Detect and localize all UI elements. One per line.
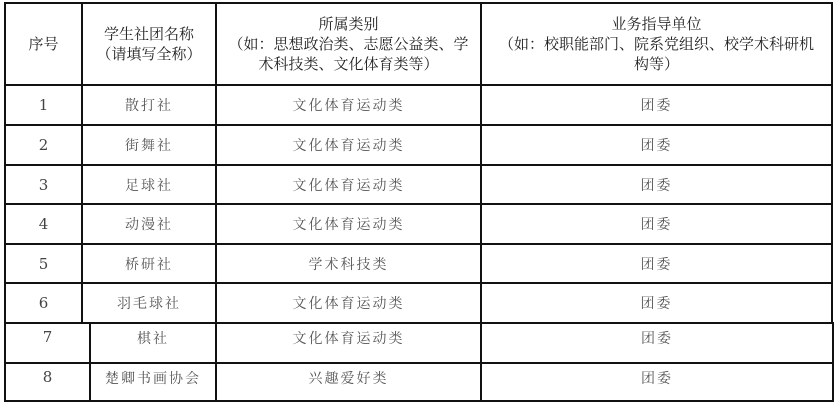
- row-seq: 6: [6, 284, 81, 322]
- row-category: 文化体育运动类: [217, 324, 480, 362]
- header-unit-line1: 业务指导单位: [611, 14, 701, 34]
- row-category: 文化体育运动类: [217, 284, 480, 322]
- row-category: 文化体育运动类: [217, 86, 480, 124]
- row-guidance-unit: 团委: [482, 205, 831, 243]
- row-category: 学术科技类: [217, 245, 480, 282]
- row-seq: 5: [6, 245, 81, 282]
- header-seq: 序号: [6, 4, 81, 84]
- row-seq: 2: [6, 126, 81, 164]
- row-club-name: 羽毛球社: [83, 284, 215, 322]
- row-club-name: 棋社: [91, 324, 215, 362]
- table-border-right: [831, 2, 833, 324]
- row-guidance-unit: 团委: [482, 166, 831, 203]
- row-guidance-unit: 团委: [482, 86, 831, 124]
- row-club-name: 街舞社: [83, 126, 215, 164]
- row-category: 文化体育运动类: [217, 126, 480, 164]
- row-seq: 7: [6, 324, 89, 362]
- header-cat-line2: （如：思想政治类、志愿公益类、学: [228, 34, 468, 54]
- row-club-name: 桥研社: [83, 245, 215, 282]
- header-cat-line3: 术科技类、文化体育类等）: [258, 54, 438, 74]
- row-seq: 3: [6, 166, 81, 203]
- header-unit-line3: 构等）: [634, 54, 679, 74]
- row-club-name: 散打社: [83, 86, 215, 124]
- row-club-name: 楚卿书画协会: [91, 364, 215, 400]
- row-club-name: 足球社: [83, 166, 215, 203]
- header-seq-label: 序号: [28, 34, 58, 54]
- row-guidance-unit: 团委: [482, 245, 831, 282]
- header-guidance-unit: 业务指导单位 （如：校职能部门、院系党组织、校学术科研机 构等）: [482, 4, 831, 84]
- row-club-name: 动漫社: [83, 205, 215, 243]
- row-guidance-unit: 团委: [482, 284, 831, 322]
- row-category: 文化体育运动类: [217, 166, 480, 203]
- table-border-right: [832, 322, 834, 402]
- row-seq: 8: [6, 364, 89, 400]
- header-category: 所属类别 （如：思想政治类、志愿公益类、学 术科技类、文化体育类等）: [217, 4, 480, 84]
- table-border-bottom: [4, 400, 834, 402]
- row-guidance-unit: 团委: [482, 126, 831, 164]
- header-cat-line1: 所属类别: [318, 14, 378, 34]
- row-seq: 1: [6, 86, 81, 124]
- header-unit-line2: （如：校职能部门、院系党组织、校学术科研机: [499, 34, 814, 54]
- row-category: 文化体育运动类: [217, 205, 480, 243]
- row-seq: 4: [6, 205, 81, 243]
- header-club-name: 学生社团名称 （请填写全称）: [83, 4, 215, 84]
- header-name-line2: （请填写全称）: [96, 44, 201, 64]
- row-guidance-unit: 团委: [482, 324, 832, 362]
- row-category: 兴趣爱好类: [217, 364, 480, 400]
- row-guidance-unit: 团委: [482, 364, 832, 400]
- header-name-line1: 学生社团名称: [104, 24, 194, 44]
